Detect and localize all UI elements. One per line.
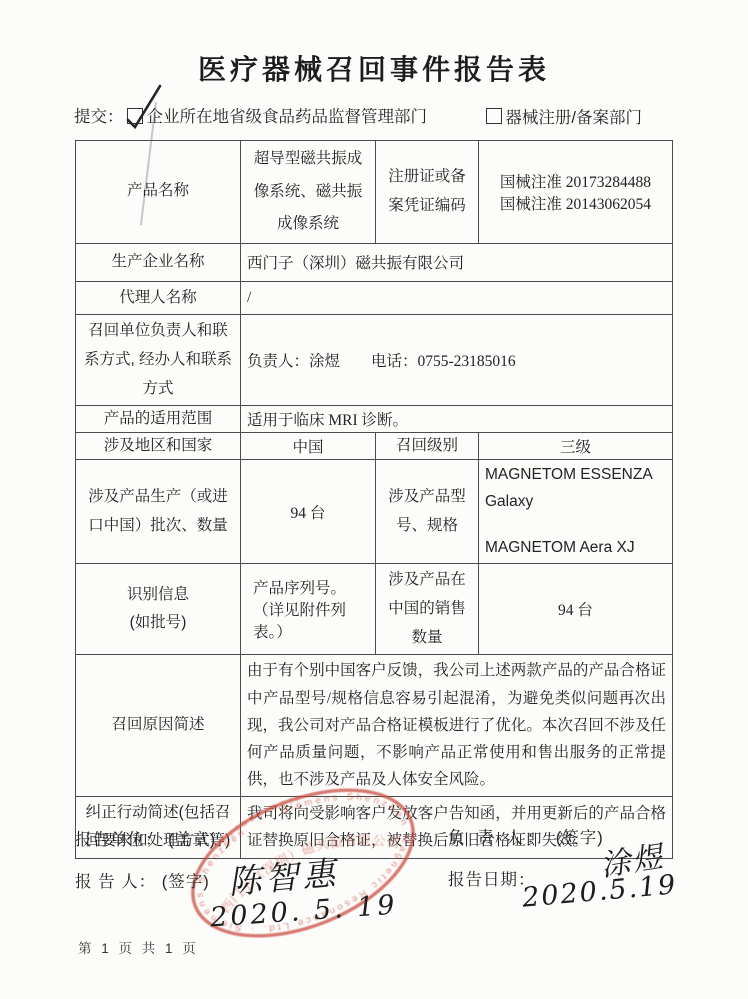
batch-value: 94 台 bbox=[241, 460, 376, 564]
model-value-2: MAGNETOM Aera XJ bbox=[485, 535, 666, 561]
row-contact: 召回单位负责人和联系方式, 经办人和联系方式 负责人：涂煜 电话：0755-23… bbox=[76, 315, 673, 406]
id-label-2: (如批号) bbox=[82, 609, 234, 638]
region-label: 涉及地区和国家 bbox=[76, 433, 241, 460]
model-value-1: MAGNETOM ESSENZA Galaxy bbox=[485, 462, 666, 515]
sales-value: 94 台 bbox=[479, 564, 673, 655]
seal-serial-text: BE19900 OGIP bbox=[206, 791, 312, 852]
agent-value: / bbox=[241, 281, 673, 315]
id-value-2: （详见附件列表。） bbox=[253, 598, 365, 642]
reporter-row: 报 告 人： (签字) bbox=[75, 868, 210, 892]
agent-label: 代理人名称 bbox=[76, 281, 241, 315]
submit-option1-label: 企业所在地省级食品药品监督管理部门 bbox=[147, 103, 428, 127]
submit-option2-label: 器械注册/备案部门 bbox=[505, 104, 642, 128]
row-scope: 产品的适用范围 适用于临床 MRI 诊断。 bbox=[76, 406, 673, 433]
manufacturer-value: 西门子（深圳）磁共振有限公司 bbox=[241, 243, 673, 281]
report-unit-label: 报告单位： bbox=[75, 831, 163, 849]
reporter-sign-hint: (签字) bbox=[162, 873, 210, 891]
report-form-page: 医疗器械召回事件报告表 提交： 企业所在地省级食品药品监督管理部门 器械注册/备… bbox=[0, 0, 748, 999]
checkbox-province-dept[interactable] bbox=[127, 107, 144, 123]
row-agent: 代理人名称 / bbox=[76, 281, 673, 315]
page-number: 第 1 页 共 1 页 bbox=[78, 937, 199, 957]
submit-label: 提交： bbox=[74, 103, 124, 127]
recall-level-label: 召回级别 bbox=[376, 433, 479, 460]
id-label-1: 识别信息 bbox=[82, 581, 234, 610]
page-title: 医疗器械召回事件报告表 bbox=[0, 48, 748, 88]
reg-cert-value-1: 国械注准 20173284488 bbox=[500, 170, 651, 192]
reg-cert-label: 注册证或备案凭证编码 bbox=[376, 141, 479, 244]
svg-text:BE19900 OGIP: BE19900 OGIP bbox=[206, 791, 312, 852]
contact-value: 负责人：涂煜 电话：0755-23185016 bbox=[241, 315, 673, 406]
checkbox-registration-dept[interactable] bbox=[486, 108, 502, 124]
manufacturer-label: 生产企业名称 bbox=[76, 243, 241, 281]
row-identification: 识别信息 (如批号) 产品序列号。 （详见附件列表。） 涉及产品在中国的销售数量… bbox=[76, 564, 673, 655]
recall-report-table: 产品名称 超导型磁共振成像系统、磁共振成像系统 注册证或备案凭证编码 国械注准 … bbox=[75, 140, 673, 859]
product-name-label: 产品名称 bbox=[76, 141, 241, 244]
sales-label: 涉及产品在中国的销售数量 bbox=[376, 564, 479, 655]
product-name-value: 超导型磁共振成像系统、磁共振成像系统 bbox=[241, 141, 376, 244]
seal-hint: (盖章) bbox=[168, 831, 216, 849]
responsible-row: 负 责 人： (签字) bbox=[448, 824, 604, 848]
row-manufacturer: 生产企业名称 西门子（深圳）磁共振有限公司 bbox=[76, 243, 673, 281]
row-product-name: 产品名称 超导型磁共振成像系统、磁共振成像系统 注册证或备案凭证编码 国械注准 … bbox=[76, 141, 673, 244]
submit-row: 提交： 企业所在地省级食品药品监督管理部门 器械注册/备案部门 bbox=[74, 103, 694, 127]
report-unit-row: 报告单位： (盖章) bbox=[75, 826, 216, 850]
checkbox-box bbox=[127, 108, 143, 124]
batch-label: 涉及产品生产（或进口中国）批次、数量 bbox=[76, 460, 241, 564]
id-value-1: 产品序列号。 bbox=[253, 576, 346, 598]
reporter-label: 报 告 人： bbox=[75, 873, 156, 891]
report-date-handwritten: 2020.5.19 bbox=[521, 869, 679, 913]
recall-level-value: 三级 bbox=[479, 433, 673, 460]
scope-label: 产品的适用范围 bbox=[76, 406, 241, 433]
responsible-label: 负 责 人： bbox=[448, 829, 547, 847]
row-batch-model: 涉及产品生产（或进口中国）批次、数量 94 台 涉及产品型号、规格 MAGNET… bbox=[76, 460, 673, 564]
region-value: 中国 bbox=[241, 433, 376, 460]
model-label: 涉及产品型号、规格 bbox=[376, 460, 479, 564]
row-region: 涉及地区和国家 中国 召回级别 三级 bbox=[76, 433, 673, 460]
contact-label: 召回单位负责人和联系方式, 经办人和联系方式 bbox=[76, 315, 241, 406]
reg-cert-value-2: 国械注准 20143062054 bbox=[500, 192, 651, 214]
scope-value: 适用于临床 MRI 诊断。 bbox=[241, 406, 673, 433]
